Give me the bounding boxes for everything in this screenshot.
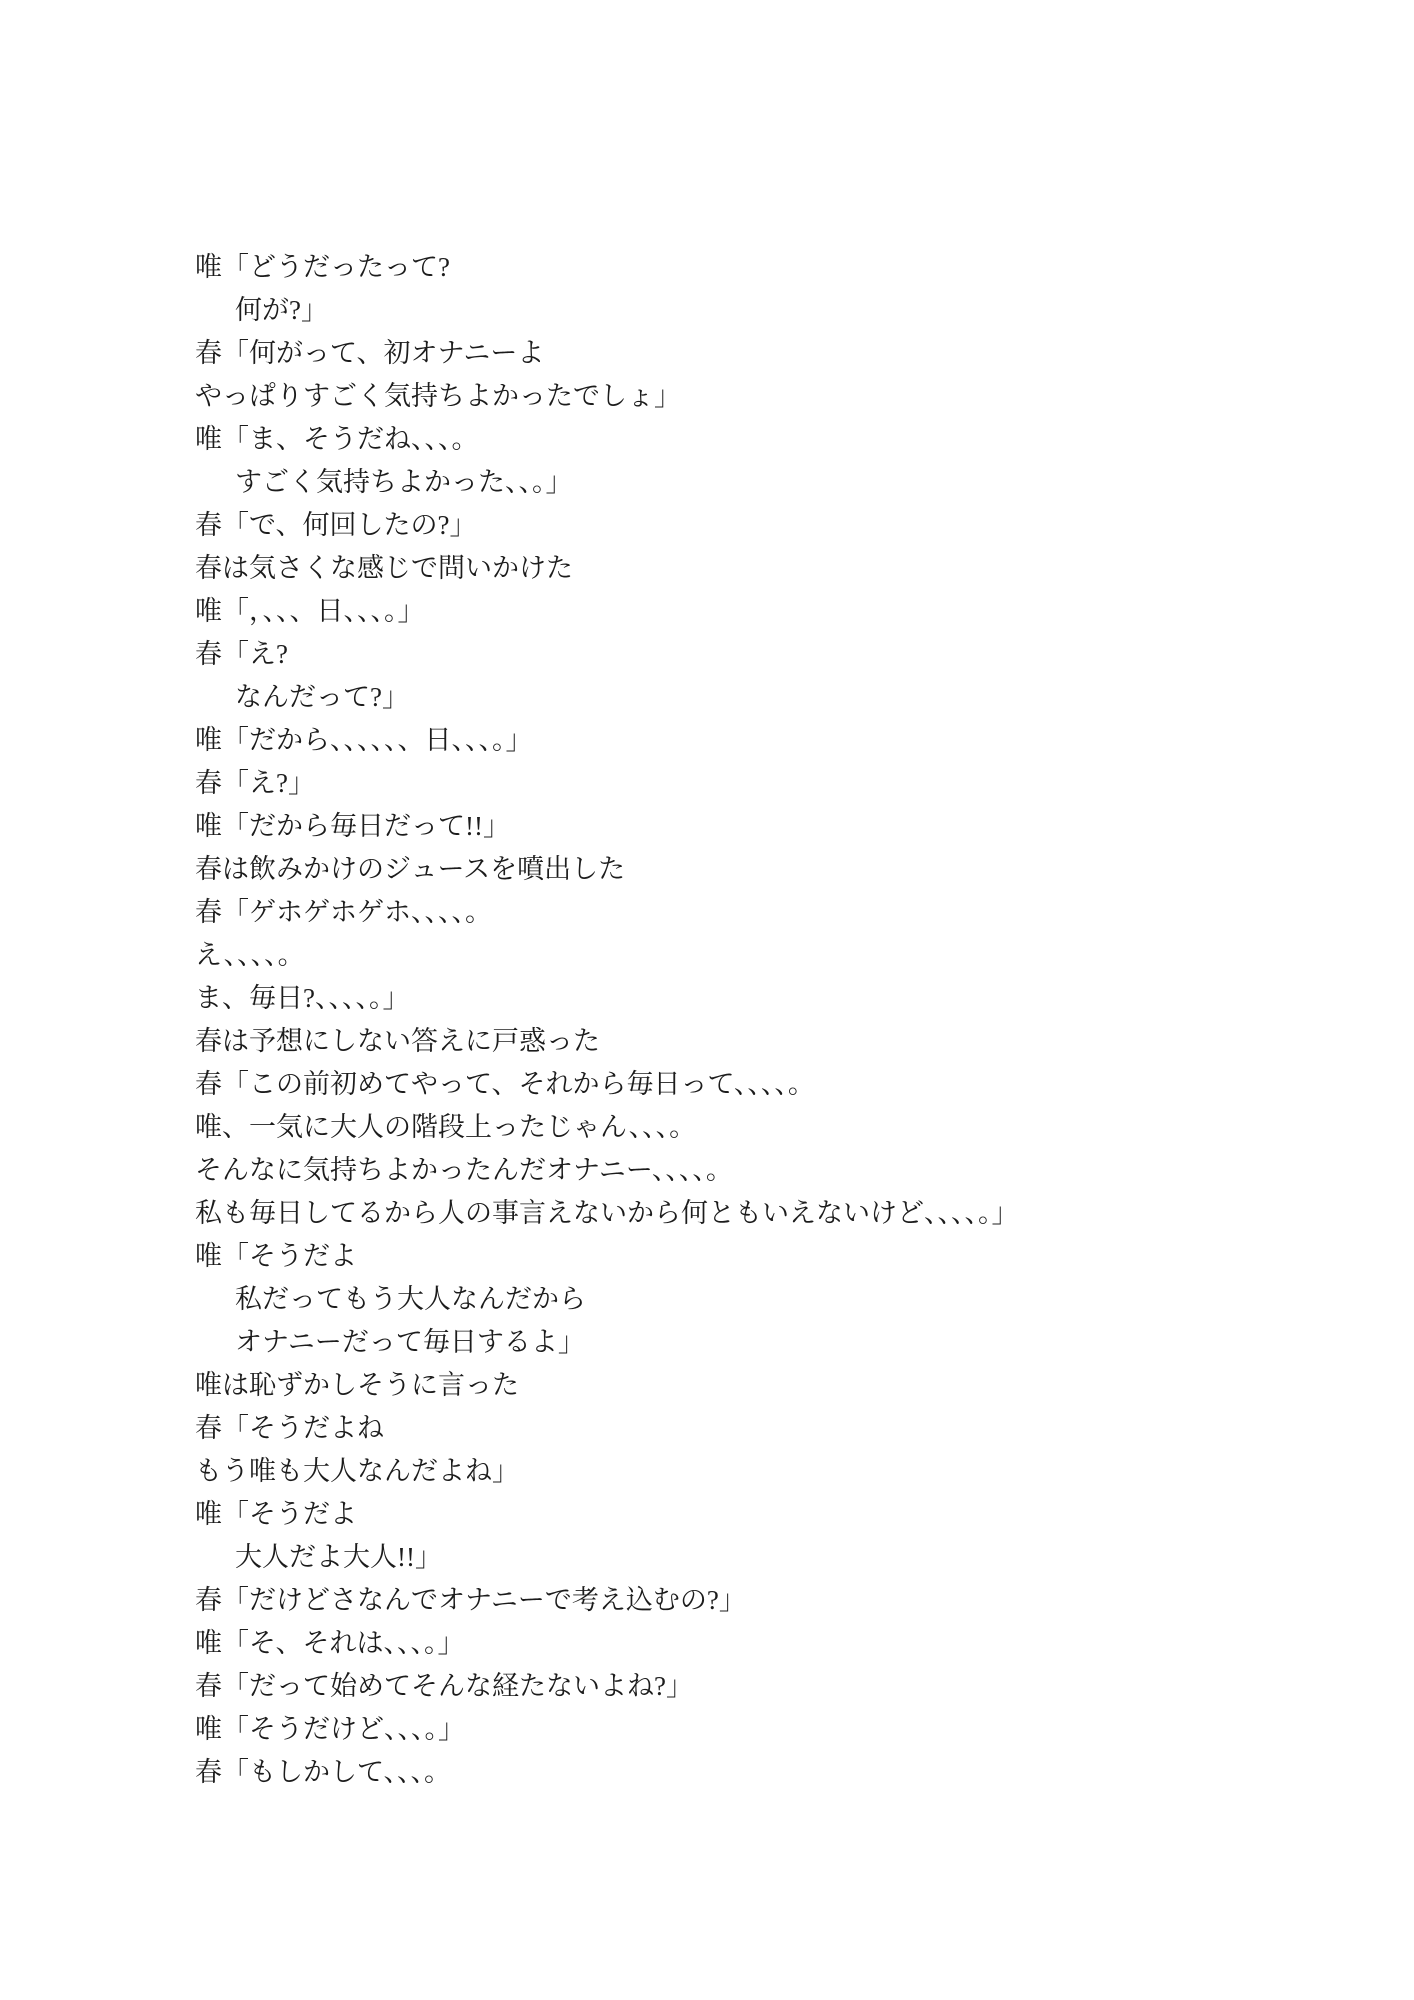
text-line: 何が?」 [195, 289, 1354, 332]
text-line: 唯「そ、それは、、、。」 [195, 1622, 1354, 1665]
text-line: 唯「そうだよ [195, 1493, 1354, 1536]
text-line: 唯「そうだけど、、、。」 [195, 1708, 1354, 1751]
text-line: 私だってもう大人なんだから [195, 1278, 1354, 1321]
text-line: 大人だよ大人!!」 [195, 1536, 1354, 1579]
text-line: 春「で、何回したの?」 [195, 504, 1354, 547]
text-line: 春「え? [195, 633, 1354, 676]
text-line: 唯「そうだよ [195, 1235, 1354, 1278]
text-line: やっぱりすごく気持ちよかったでしょ」 [195, 375, 1354, 418]
text-line: オナニーだって毎日するよ」 [195, 1321, 1354, 1364]
text-line: 唯「，、、、日、、、。」 [195, 590, 1354, 633]
text-line: 春「そうだよね [195, 1407, 1354, 1450]
text-line: 唯「だから、、、、、、日、、、。」 [195, 719, 1354, 762]
text-line: ま、毎日?、、、、。」 [195, 977, 1354, 1020]
text-line: 春は飲みかけのジュースを噴出した [195, 848, 1354, 891]
text-line: 春「何がって、初オナニーよ [195, 332, 1354, 375]
text-line: 春「この前初めてやって、それから毎日って、、、、。 [195, 1063, 1354, 1106]
text-line: 私も毎日してるから人の事言えないから何ともいえないけど、、、、。」 [195, 1192, 1354, 1235]
text-line: 春「ゲホゲホゲホ、、、、。 [195, 891, 1354, 934]
text-line: 唯「だから毎日だって!!」 [195, 805, 1354, 848]
text-line: 春「だって始めてそんな経たないよね?」 [195, 1665, 1354, 1708]
text-line: 唯、一気に大人の階段上ったじゃん、、、。 [195, 1106, 1354, 1149]
text-line: 春「だけどさなんでオナニーで考え込むの?」 [195, 1579, 1354, 1622]
text-line: そんなに気持ちよかったんだオナニー、、、、。 [195, 1149, 1354, 1192]
text-content: 唯「どうだったって?何が?」春「何がって、初オナニーよやっぱりすごく気持ちよかっ… [195, 246, 1354, 1794]
text-line: 春「え?」 [195, 762, 1354, 805]
text-line: 唯「ま、そうだね、、、。 [195, 418, 1354, 461]
document-page: 唯「どうだったって?何が?」春「何がって、初オナニーよやっぱりすごく気持ちよかっ… [0, 0, 1414, 2000]
text-line: 唯「どうだったって? [195, 246, 1354, 289]
text-line: 春は気さくな感じで問いかけた [195, 547, 1354, 590]
text-line: え、、、、。 [195, 934, 1354, 977]
text-line: すごく気持ちよかった、、。」 [195, 461, 1354, 504]
text-line: 春は予想にしない答えに戸惑った [195, 1020, 1354, 1063]
text-line: 唯は恥ずかしそうに言った [195, 1364, 1354, 1407]
text-line: なんだって?」 [195, 676, 1354, 719]
text-line: 春「もしかして、、、。 [195, 1751, 1354, 1794]
text-line: もう唯も大人なんだよね」 [195, 1450, 1354, 1493]
